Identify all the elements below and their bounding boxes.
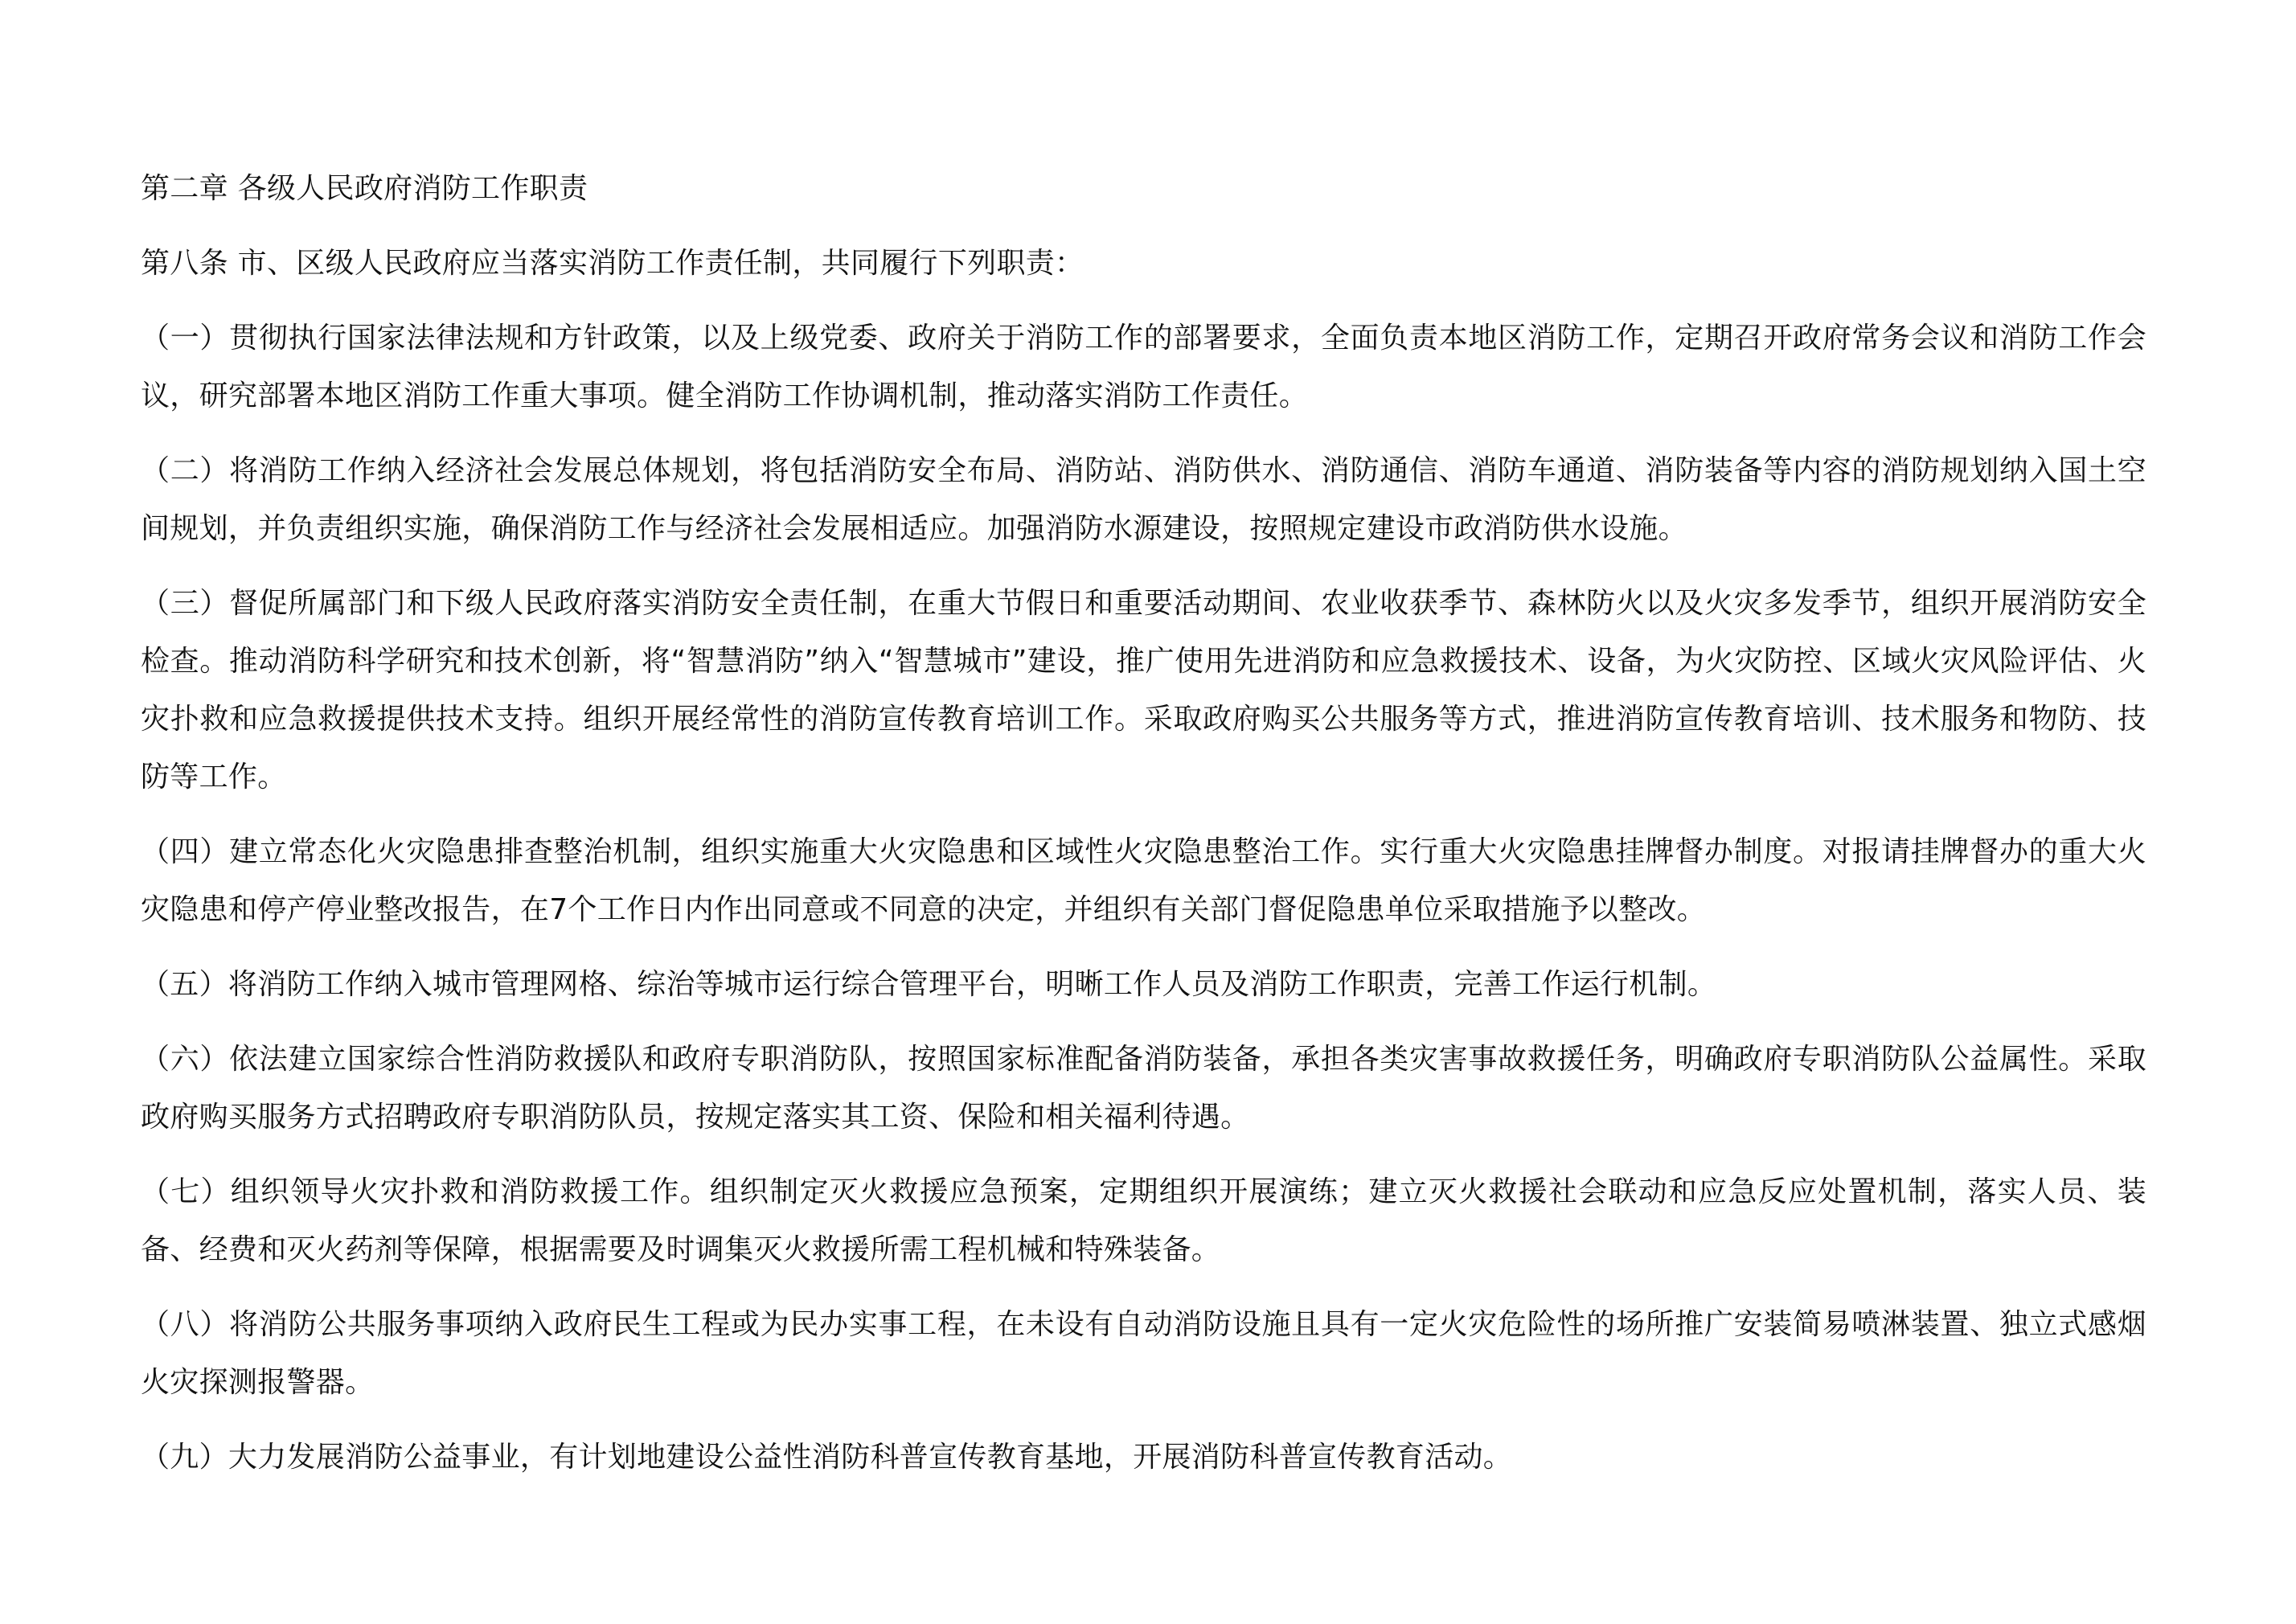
duty-item-9: （九）大力发展消防公益事业，有计划地建设公益性消防科普宣传教育基地，开展消防科普… <box>141 1429 2146 1487</box>
duty-item-4: （四）建立常态化火灾隐患排查整治机制，组织实施重大火灾隐患和区域性火灾隐患整治工… <box>141 823 2146 939</box>
duty-item-3: （三）督促所属部门和下级人民政府落实消防安全责任制，在重大节假日和重要活动期间、… <box>141 575 2146 806</box>
duty-item-6: （六）依法建立国家综合性消防救援队和政府专职消防队，按照国家标准配备消防装备，承… <box>141 1031 2146 1146</box>
duty-item-8: （八）将消防公共服务事项纳入政府民生工程或为民办实事工程，在未设有自动消防设施且… <box>141 1296 2146 1412</box>
article-intro: 第八条 市、区级人民政府应当落实消防工作责任制，共同履行下列职责： <box>141 235 2146 293</box>
duty-item-5: （五）将消防工作纳入城市管理网格、综治等城市运行综合管理平台，明晰工作人员及消防… <box>141 956 2146 1014</box>
duty-item-7: （七）组织领导火灾扑救和消防救援工作。组织制定灭火救援应急预案，定期组织开展演练… <box>141 1163 2146 1279</box>
chapter-title: 第二章 各级人民政府消防工作职责 <box>141 160 2146 218</box>
document-page: 第二章 各级人民政府消防工作职责 第八条 市、区级人民政府应当落实消防工作责任制… <box>141 160 2146 1503</box>
duty-item-2: （二）将消防工作纳入经济社会发展总体规划，将包括消防安全布局、消防站、消防供水、… <box>141 442 2146 558</box>
duty-item-1: （一）贯彻执行国家法律法规和方针政策，以及上级党委、政府关于消防工作的部署要求，… <box>141 310 2146 425</box>
